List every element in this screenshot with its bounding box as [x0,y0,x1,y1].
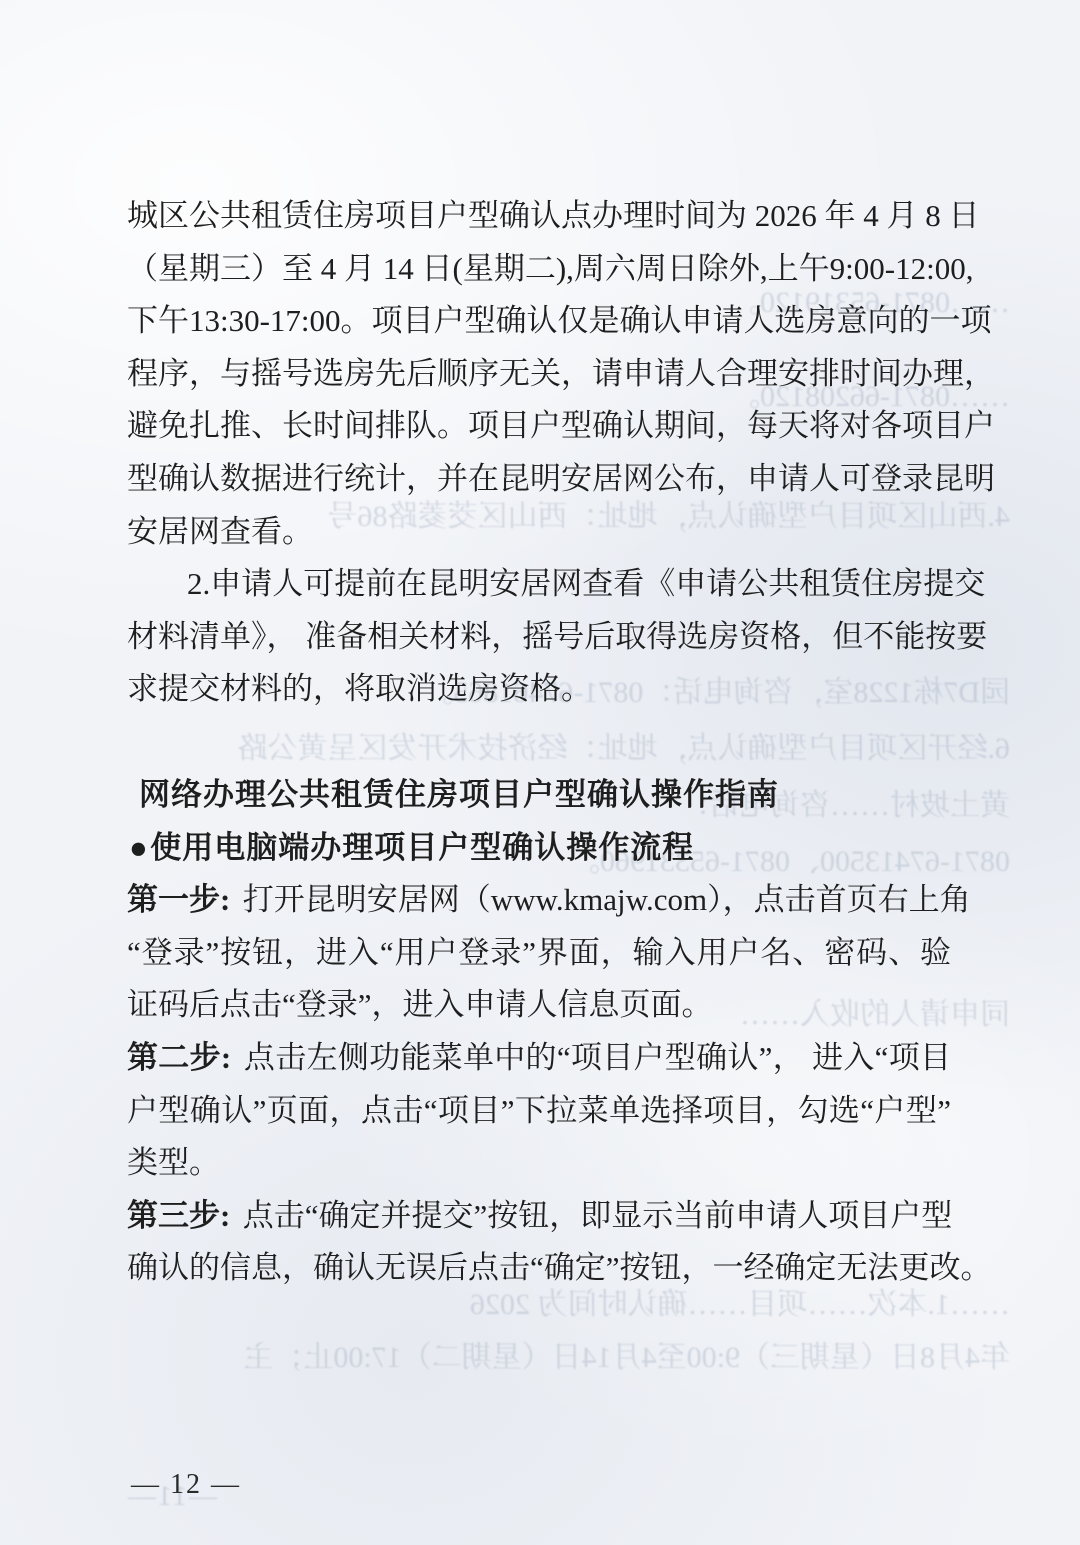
line-text: 程序，与摇号选房先后顺序无关，请申请人合理安排时间办理， [127,356,995,391]
line-text: 安居网查看。 [127,514,313,549]
bleedthrough-line: 年4月8日（星期三）9:00至4月14日（星期二）17:00止；主 [128,1341,1010,1375]
step-line: 第二步:点击左侧功能菜单中的“项目户型确认”， 进入“项目 [127,1032,951,1085]
section-heading: 网络办理公共租赁住房项目户型确认操作指南 [127,769,951,822]
line-text: 打开昆明安居网（www.kmajw.com），点击首页右上角 [243,882,971,917]
body-line: 求提交材料的，将取消选房资格。 [127,663,951,716]
heading-text: 使用电脑端办理项目户型确认操作流程 [150,830,694,865]
line-text: 确认的信息，确认无误后点击“确定”按钮，一经确定无法更改。 [127,1250,992,1285]
body-line: 安居网查看。 [127,506,951,559]
line-text: 求提交材料的，将取消选房资格。 [127,671,592,706]
body-line: “登录”按钮，进入“用户登录”界面，输入用户名、密码、验 [127,927,951,980]
line-text: 城区公共租赁住房项目户型确认点办理时间为 2026 年 4 月 8 日 [127,198,980,233]
body-line: 避免扎推、长时间排队。项目户型确认期间，每天将对各项目户 [127,400,951,453]
line-text: 避免扎推、长时间排队。项目户型确认期间，每天将对各项目户 [127,408,995,443]
step-label: 第二步: [127,1040,231,1075]
body-line: 证码后点击“登录”，进入申请人信息页面。 [127,979,951,1032]
bullet-icon: ● [129,830,149,865]
line-text: 类型。 [127,1145,220,1180]
line-text: 材料清单》， 准备相关材料，摇号后取得选房资格，但不能按要 [127,619,987,654]
line-text: 户型确认”页面，点击“项目”下拉菜单选择项目，勾选“户型” [127,1093,951,1128]
line-text: 证码后点击“登录”，进入申请人信息页面。 [127,987,713,1022]
line-text: 下午13:30-17:00。项目户型确认仅是确认申请人选房意向的一项 [127,303,992,338]
body-line: 下午13:30-17:00。项目户型确认仅是确认申请人选房意向的一项 [127,295,951,348]
document-body: 城区公共租赁住房项目户型确认点办理时间为 2026 年 4 月 8 日 （星期三… [127,190,951,1295]
line-text: “登录”按钮，进入“用户登录”界面，输入用户名、密码、验 [127,935,951,970]
line-text: 点击“确定并提交”按钮，即显示当前申请人项目户型 [243,1198,953,1233]
step-label: 第一步: [127,882,230,917]
step-label: 第三步: [127,1198,230,1233]
body-line: 型确认数据进行统计，并在昆明安居网公布，申请人可登录昆明 [127,453,951,506]
body-line: 材料清单》， 准备相关材料，摇号后取得选房资格，但不能按要 [127,611,951,664]
body-line: 2.申请人可提前在昆明安居网查看《申请公共租赁住房提交 [127,558,951,611]
step-line: 第一步:打开昆明安居网（www.kmajw.com），点击首页右上角 [127,874,951,927]
line-text: 型确认数据进行统计，并在昆明安居网公布，申请人可登录昆明 [127,461,995,496]
body-line: （星期三）至 4 月 14 日(星期二),周六周日除外,上午9:00-12:00… [127,243,951,296]
line-text: 点击左侧功能菜单中的“项目户型确认”， 进入“项目 [244,1040,951,1075]
body-line: 城区公共租赁住房项目户型确认点办理时间为 2026 年 4 月 8 日 [127,190,951,243]
line-text: 2.申请人可提前在昆明安居网查看《申请公共租赁住房提交 [187,566,985,601]
line-text: （星期三）至 4 月 14 日(星期二),周六周日除外,上午9:00-12:00… [127,251,973,286]
bullet-heading: ●使用电脑端办理项目户型确认操作流程 [127,822,951,875]
body-line: 类型。 [127,1137,951,1190]
body-line: 确认的信息，确认无误后点击“确定”按钮，一经确定无法更改。 [127,1242,951,1295]
body-line: 程序，与摇号选房先后顺序无关，请申请人合理安排时间办理， [127,348,951,401]
step-line: 第三步:点击“确定并提交”按钮，即显示当前申请人项目户型 [127,1190,951,1243]
body-line: 户型确认”页面，点击“项目”下拉菜单选择项目，勾选“户型” [127,1085,951,1138]
heading-text: 网络办理公共租赁住房项目户型确认操作指南 [139,777,779,812]
page-number: — 12 — [131,1469,241,1501]
